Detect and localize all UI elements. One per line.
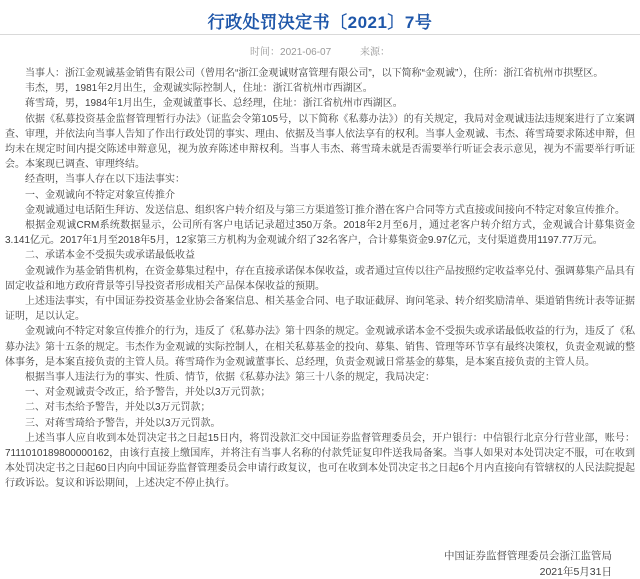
- document-paragraph: 蒋雪琦，男，1984年1月出生，金观诚董事长、总经理，住址：浙江省杭州市西湖区。: [5, 96, 635, 111]
- document-paragraph: 依据《私募投资基金监督管理暂行办法》（证监会令第105号，以下简称《私募办法》）…: [5, 112, 635, 173]
- document-paragraph: 金观诚通过电话陌生拜访、发送信息、组织客户转介绍及与第三方渠道签订推介潜在客户合…: [5, 203, 635, 218]
- document-paragraph: 上述当事人应自收到本处罚决定书之日起15日内，将罚没款汇交中国证券监督管理委员会…: [5, 431, 635, 492]
- document-paragraph: 经查明，当事人存在以下违法事实：: [5, 172, 635, 187]
- document-paragraph: 二、承诺本金不受损失或承诺最低收益: [5, 248, 635, 263]
- document-paragraph: 金观诚向不特定对象宣传推介的行为，违反了《私募办法》第十四条的规定。金观诚承诺本…: [5, 324, 635, 370]
- document-paragraph: 一、金观诚向不特定对象宣传推介: [5, 188, 635, 203]
- document-paragraph: 一、对金观诚责令改正，给予警告，并处以3万元罚款；: [5, 385, 635, 400]
- document-paragraph: 金观诚作为基金销售机构，在资金募集过程中，存在直接承诺保本保收益，或者通过宣传以…: [5, 264, 635, 294]
- document-body: 当事人：浙江金观诚基金销售有限公司（曾用名“浙江金观诚财富管理有限公司”，以下简…: [0, 63, 640, 492]
- document-paragraph: 上述违法事实，有中国证券投资基金业协会备案信息、相关基金合同、电子取证截屏、询问…: [5, 294, 635, 324]
- document-paragraph: 三、对蒋雪琦给予警告，并处以3万元罚款。: [5, 416, 635, 431]
- document-paragraph: 根据当事人违法行为的事实、性质、情节，依据《私募办法》第三十八条的规定，我局决定…: [5, 370, 635, 385]
- page-title: 行政处罚决定书〔2021〕7号: [0, 0, 640, 34]
- meta-bar: 时间：2021-06-07 来源：: [0, 35, 640, 63]
- penalty-decision-page: 行政处罚决定书〔2021〕7号 时间：2021-06-07 来源： 当事人：浙江…: [0, 0, 640, 579]
- source-label: 来源：: [360, 47, 390, 58]
- document-paragraph: 二、对韦杰给予警告，并处以3万元罚款；: [5, 400, 635, 415]
- document-paragraph: 韦杰，男，1981年2月出生，金观诚实际控制人，住址：浙江省杭州市西湖区。: [5, 81, 635, 96]
- document-paragraph: 当事人：浙江金观诚基金销售有限公司（曾用名“浙江金观诚财富管理有限公司”，以下简…: [5, 66, 635, 81]
- signature-date: 2021年5月31日: [0, 564, 612, 579]
- time-value: 2021-06-07: [280, 47, 331, 58]
- signature-block: 中国证券监督管理委员会浙江监管局 2021年5月31日: [0, 548, 640, 579]
- document-paragraph: 根据金观诚CRM系统数据显示，公司所有客户电话记录超过350万条。2018年2月…: [5, 218, 635, 248]
- time-label: 时间：: [250, 47, 280, 58]
- signature-org: 中国证券监督管理委员会浙江监管局: [0, 548, 612, 564]
